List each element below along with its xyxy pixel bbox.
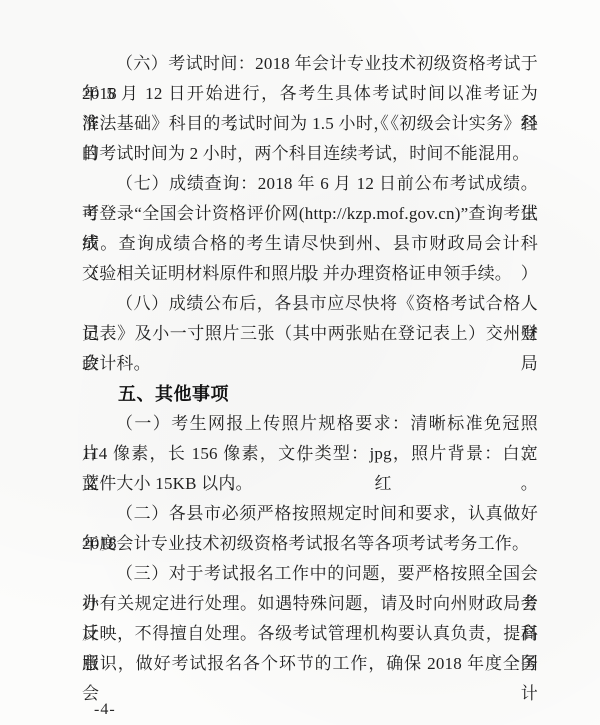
text-line: 交验相关证明材料原件和照片，并办理资格证申领手续。 <box>82 259 538 289</box>
text-line: （二）各县市必须严格按照规定时间和要求，认真做好 2018 <box>82 499 538 529</box>
paragraph-item-8-after-results: （八）成绩公布后，各县市应尽快将《资格考试合格人员登 记表》及小一寸照片三张（其… <box>82 289 538 379</box>
text-line: （七）成绩查询：2018 年 6 月 12 日前公布考试成绩。考生 <box>82 169 538 199</box>
text-line: 的考试时间为 2 小时，两个科目连续考试，时间不能混用。 <box>82 139 538 169</box>
paragraph-item-5-2-county-duties: （二）各县市必须严格按照规定时间和要求，认真做好 2018 年度会计专业技术初级… <box>82 499 538 559</box>
text-line: 记表》及小一寸照片三张（其中两张贴在登记表上）交州财政局 <box>82 319 538 349</box>
scanned-document-page: （六）考试时间：2018 年会计专业技术初级资格考试于 2018 年 5 月 1… <box>0 0 600 725</box>
text-line: 年 5 月 12 日开始进行，各考生具体考试时间以准考证为准。《经 <box>82 79 538 109</box>
text-line: （八）成绩公布后，各县市应尽快将《资格考试合格人员登 <box>82 289 538 319</box>
text-line: 可登录“全国会计资格评价网(http://kzp.mof.gov.cn)”查询考… <box>82 199 538 229</box>
section-heading-other-matters: 五、其他事项 <box>82 379 538 409</box>
text-line: （三）对于考试报名工作中的问题，要严格按照全国会计考 <box>82 559 538 589</box>
text-line: 济法基础》科目的考试时间为 1.5 小时，《初级会计实务》科目 <box>82 109 538 139</box>
paragraph-item-6-exam-time: （六）考试时间：2018 年会计专业技术初级资格考试于 2018 年 5 月 1… <box>82 49 538 169</box>
paragraph-item-5-1-photo-specs: （一）考生网报上传照片规格要求：清晰标准免冠照片，宽 114 像素，长 156 … <box>82 409 538 499</box>
section-heading-text: 五、其他事项 <box>82 379 538 409</box>
text-line: （六）考试时间：2018 年会计专业技术初级资格考试于 2018 <box>82 49 538 79</box>
text-line: 年度会计专业技术初级资格考试报名等各项考试考务工作。 <box>82 529 538 559</box>
document-text-block: （六）考试时间：2018 年会计专业技术初级资格考试于 2018 年 5 月 1… <box>82 49 538 679</box>
text-line: 114 像素，长 156 像素，文件类型：jpg，照片背景：白、蓝、红。 <box>82 439 538 469</box>
paragraph-item-7-score-query: （七）成绩查询：2018 年 6 月 12 日前公布考试成绩。考生 可登录“全国… <box>82 169 538 289</box>
text-line: 办有关规定进行处理。如遇特殊问题，请及时向州财政局会计科 <box>82 589 538 619</box>
text-line: （一）考生网报上传照片规格要求：清晰标准免冠照片，宽 <box>82 409 538 439</box>
text-line: 意识，做好考试报名各个环节的工作，确保 2018 年度全国会计 <box>82 649 538 679</box>
text-line: 绩。查询成绩合格的考生请尽快到州、县市财政局会计科（股） <box>82 229 538 259</box>
paragraph-item-5-3-problem-handling: （三）对于考试报名工作中的问题，要严格按照全国会计考 办有关规定进行处理。如遇特… <box>82 559 538 679</box>
text-line: 反映，不得擅自处理。各级考试管理机构要认真负责，提高服务 <box>82 619 538 649</box>
page-number: -4- <box>94 700 116 720</box>
